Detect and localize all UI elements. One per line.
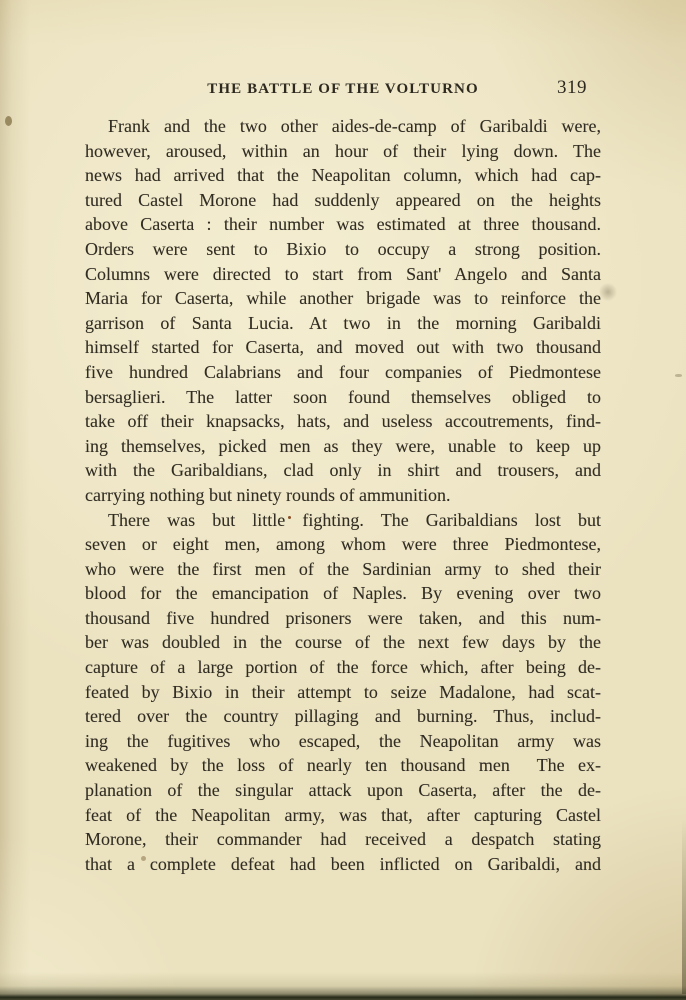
text-line: tered over the country pillaging and bur…	[85, 704, 601, 729]
text-line: blood for the emancipation of Naples. By…	[85, 581, 601, 606]
text-line: ing themselves, picked men as they were,…	[85, 434, 601, 459]
text-line: Morone, their commander had received a d…	[85, 827, 601, 852]
text-line: take off their knapsacks, hats, and usel…	[85, 409, 601, 434]
text-line: above Caserta : their number was estimat…	[85, 212, 601, 237]
paper-speck	[675, 374, 682, 377]
page-body: Frank and the two other aides-de-camp of…	[85, 114, 601, 876]
text-line: who were the first men of the Sardinian …	[85, 557, 601, 582]
text-line: feated by Bixio in their attempt to seiz…	[85, 680, 601, 705]
running-header: THE BATTLE OF THE VOLTURNO 319	[85, 80, 601, 100]
text-line: garrison of Santa Lucia. At two in the m…	[85, 311, 601, 336]
text-line: Columns were directed to start from Sant…	[85, 262, 601, 287]
text-line: carrying nothing but ninety rounds of am…	[85, 483, 601, 508]
text-line: Maria for Caserta, while another brigade…	[85, 286, 601, 311]
text-line: ber was doubled in the course of the nex…	[85, 630, 601, 655]
paragraph-1: Frank and the two other aides-de-camp of…	[85, 114, 601, 508]
scanned-book-page: THE BATTLE OF THE VOLTURNO 319 Frank and…	[0, 0, 686, 1000]
paragraph-2: There was but little fighting. The Garib…	[85, 508, 601, 877]
text-line: weakened by the loss of nearly ten thous…	[85, 753, 601, 778]
text-line: that a complete defeat had been inflicte…	[85, 852, 601, 877]
running-title: THE BATTLE OF THE VOLTURNO	[207, 81, 478, 98]
text-line: five hundred Calabrians and four compani…	[85, 360, 601, 385]
page-number: 319	[557, 77, 587, 99]
text-line: bersaglieri. The latter soon found thems…	[85, 385, 601, 410]
text-line: capture of a large portion of the force …	[85, 655, 601, 680]
text-line: however, aroused, within an hour of thei…	[85, 139, 601, 164]
text-line: There was but little fighting. The Garib…	[85, 508, 601, 533]
text-line: planation of the singular attack upon Ca…	[85, 778, 601, 803]
bottom-page-edge-shadow	[0, 972, 686, 1000]
text-line: seven or eight men, among whom were thre…	[85, 532, 601, 557]
text-line: news had arrived that the Neapolitan col…	[85, 163, 601, 188]
text-line: ing the fugitives who escaped, the Neapo…	[85, 729, 601, 754]
right-page-edge-shadow	[682, 819, 686, 994]
text-line: tured Castel Morone had suddenly appeare…	[85, 188, 601, 213]
text-line: with the Garibaldians, clad only in shir…	[85, 458, 601, 483]
paper-speck	[5, 116, 12, 126]
text-line: thousand five hundred prisoners were tak…	[85, 606, 601, 631]
text-line: Orders were sent to Bixio to occupy a st…	[85, 237, 601, 262]
paper-smudge	[598, 282, 618, 302]
text-line: himself started for Caserta, and moved o…	[85, 335, 601, 360]
text-line: Frank and the two other aides-de-camp of…	[85, 114, 601, 139]
text-line: feat of the Neapolitan army, was that, a…	[85, 803, 601, 828]
